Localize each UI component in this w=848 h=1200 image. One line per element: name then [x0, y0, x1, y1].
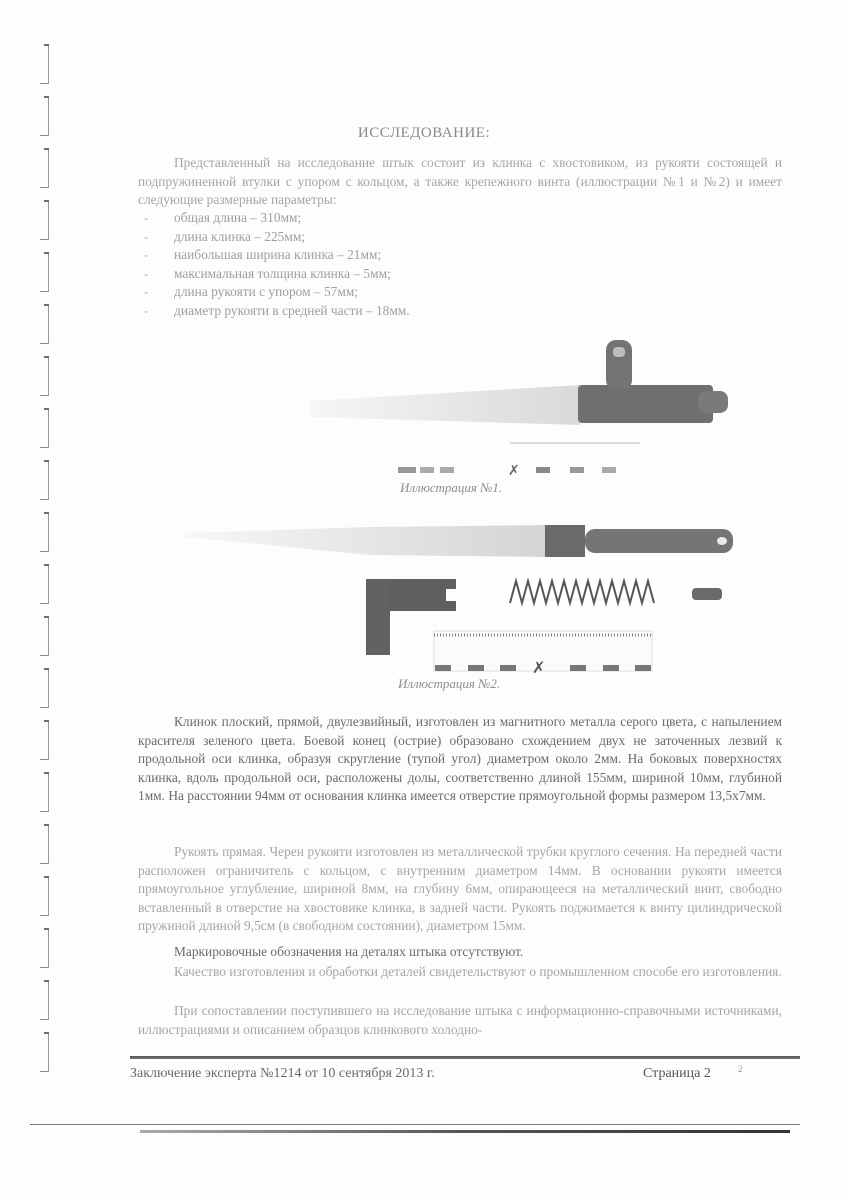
- illustration-1-photo: ✗: [290, 335, 740, 505]
- footer-divider: [130, 1056, 800, 1059]
- binder-mark: [36, 876, 49, 916]
- binder-mark: [36, 616, 49, 656]
- svg-text:✗: ✗: [508, 463, 520, 479]
- binder-mark: [36, 44, 49, 84]
- binder-mark: [36, 928, 49, 968]
- binder-mark: [36, 668, 49, 708]
- binder-marks: [36, 40, 50, 1060]
- binder-mark: [36, 460, 49, 500]
- bottom-divider: [140, 1130, 790, 1133]
- intro-paragraph: Представленный на исследование штык сост…: [138, 154, 782, 210]
- binder-mark: [36, 252, 49, 292]
- binder-mark: [36, 772, 49, 812]
- parameter-list: общая длина – 310мм; длина клинка – 225м…: [144, 209, 410, 321]
- binder-mark: [36, 408, 49, 448]
- blade-paragraph: Клинок плоский, прямой, двулезвийный, из…: [138, 713, 782, 806]
- parameter-item: наибольшая ширина клинка – 21мм;: [144, 246, 410, 265]
- binder-mark: [36, 304, 49, 344]
- handle-paragraph: Рукоять прямая. Черен рукояти изготовлен…: [138, 843, 782, 936]
- parameter-item: максимальная толщина клинка – 5мм;: [144, 265, 410, 284]
- comparison-paragraph: При сопоставлении поступившего на исслед…: [138, 1002, 782, 1039]
- parameter-item: общая длина – 310мм;: [144, 209, 410, 228]
- markings-paragraph: Маркировочные обозначения на деталях шты…: [138, 943, 782, 962]
- binder-mark: [36, 824, 49, 864]
- svg-text:✗: ✗: [532, 658, 545, 677]
- scan-edge-line: [30, 1124, 800, 1125]
- parameter-item: длина клинка – 225мм;: [144, 228, 410, 247]
- binder-mark: [36, 1032, 49, 1072]
- binder-mark: [36, 720, 49, 760]
- binder-mark: [36, 512, 49, 552]
- document-title: ИССЛЕДОВАНИЕ:: [0, 125, 848, 142]
- footer-document-ref: Заключение эксперта №1214 от 10 сентября…: [130, 1066, 435, 1082]
- footer-mark: 2: [738, 1064, 743, 1074]
- illustration-2-photo: ✗: [180, 505, 750, 680]
- binder-mark: [36, 356, 49, 396]
- illustration-1-caption: Иллюстрация №1.: [400, 480, 502, 496]
- illustration-2-caption: Иллюстрация №2.: [398, 676, 500, 692]
- parameter-item: длина рукояти с упором – 57мм;: [144, 283, 410, 302]
- binder-mark: [36, 564, 49, 604]
- binder-mark: [36, 148, 49, 188]
- parameter-item: диаметр рукояти в средней части – 18мм.: [144, 302, 410, 321]
- footer-page-number: Страница 2: [643, 1066, 711, 1082]
- quality-paragraph: Качество изготовления и обработки детале…: [138, 963, 782, 982]
- binder-mark: [36, 980, 49, 1020]
- binder-mark: [36, 200, 49, 240]
